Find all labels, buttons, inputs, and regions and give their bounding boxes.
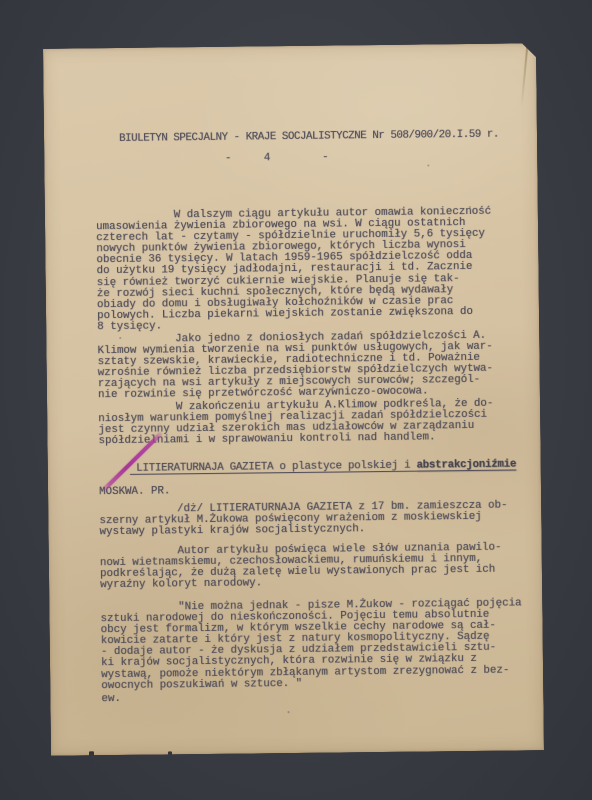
paragraph-5: Autor artykułu poświęca wiele słów uznan… bbox=[100, 543, 502, 592]
bulletin-header: BIULETYN SPECJALNY - KRAJE SOCJALISTYCZN… bbox=[119, 130, 499, 145]
document-page: BIULETYN SPECJALNY - KRAJE SOCJALISTYCZN… bbox=[43, 43, 544, 756]
ink-speck bbox=[469, 206, 471, 208]
paper-notch bbox=[89, 751, 94, 755]
page-number: - 4 - bbox=[95, 153, 328, 167]
paragraph-3: W zakończeniu artykułu A.Klimow podkreśl… bbox=[98, 399, 494, 448]
corner-crease bbox=[520, 46, 527, 108]
section-heading: LITIERATURNAJA GAZIETA o plastyce polski… bbox=[99, 459, 516, 475]
ink-speck bbox=[119, 337, 121, 339]
section-heading-emphasis: abstrakcjoniźmie bbox=[416, 458, 516, 471]
paragraph-6: "Nie można jednak - pisze M.Żukow - rozc… bbox=[100, 598, 522, 692]
paragraph-2: Jako jedno z doniosłych zadań spółdzielc… bbox=[97, 331, 493, 402]
ink-speck bbox=[427, 164, 429, 166]
dateline: MOSKWA. PR. bbox=[99, 486, 170, 498]
scan-backdrop: BIULETYN SPECJALNY - KRAJE SOCJALISTYCZN… bbox=[0, 0, 592, 800]
paper-notch bbox=[168, 751, 172, 754]
paragraph-4: /dż/ LITIERATURNAJA GAZIETA z 17 bm. zam… bbox=[99, 501, 508, 539]
section-heading-underline: LITIERATURNAJA GAZIETA o plastyce polski… bbox=[130, 458, 516, 474]
ink-speck bbox=[288, 711, 290, 713]
signature: ew. bbox=[101, 694, 121, 705]
section-heading-main: LITIERATURNAJA GAZIETA o plastyce polski… bbox=[130, 460, 417, 475]
paragraph-1: W dalszym ciągu artykułu autor omawia ko… bbox=[96, 207, 493, 334]
ink-speck bbox=[332, 387, 334, 389]
ink-speck bbox=[212, 659, 214, 661]
